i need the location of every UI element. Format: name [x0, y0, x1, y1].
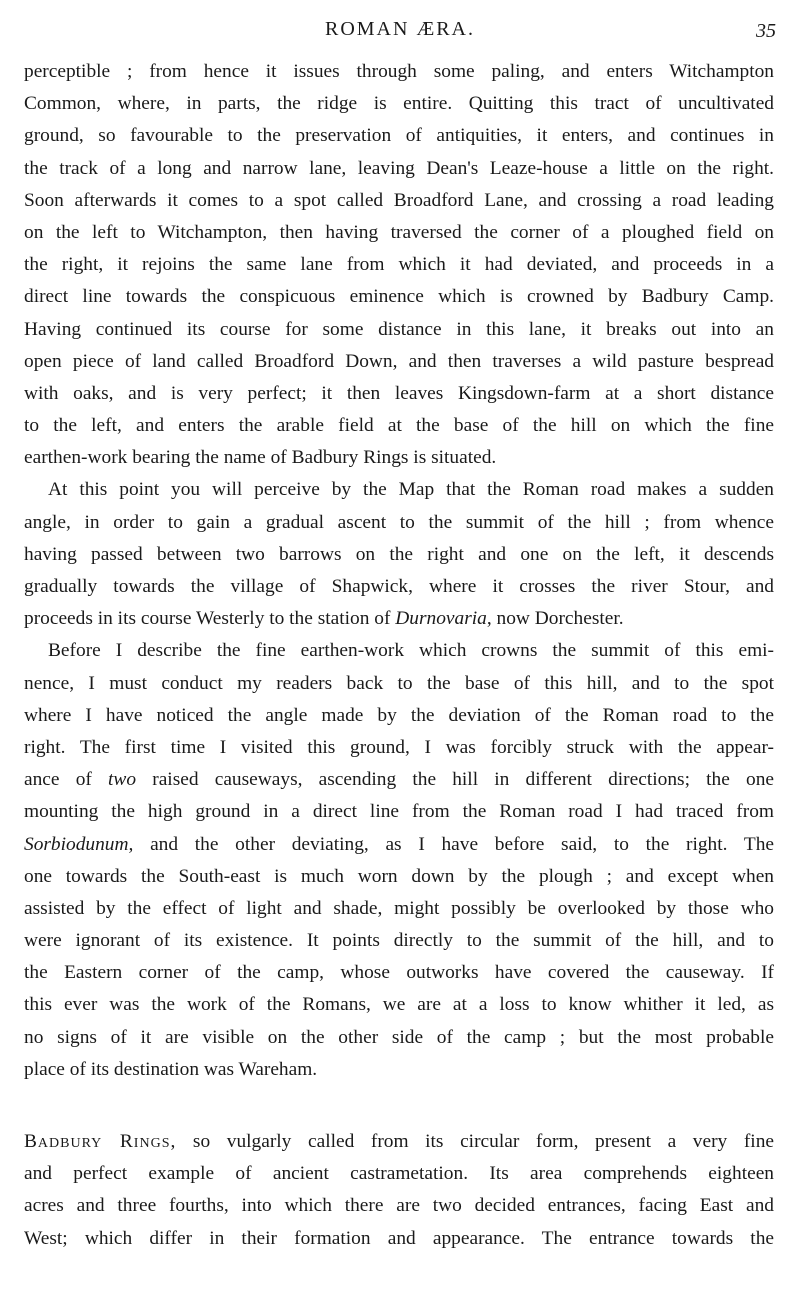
text-line: the Eastern corner of the camp, whose ou… [24, 957, 774, 989]
text-line: Badbury Rings, so vulgarly called from i… [24, 1126, 774, 1158]
text-line: Sorbiodunum, and the other deviating, as… [24, 829, 774, 861]
section-gap [24, 1086, 774, 1126]
text-line: and perfect example of ancient castramet… [24, 1158, 774, 1190]
text-line: the track of a long and narrow lane, lea… [24, 153, 774, 185]
text-line: gradually towards the village of Shapwic… [24, 571, 774, 603]
text-line: open piece of land called Broadford Down… [24, 346, 774, 378]
page-header: ROMAN ÆRA. 35 [24, 18, 776, 48]
text-line: to the left, and enters the arable field… [24, 410, 774, 442]
text-line: Before I describe the fine earthen-work … [24, 635, 774, 667]
text-line: this ever was the work of the Romans, we… [24, 989, 774, 1021]
text-line: Having continued its course for some dis… [24, 314, 774, 346]
text-line: place of its destination was Wareham. [24, 1054, 774, 1086]
document-page: ROMAN ÆRA. 35 perceptible ; from hence i… [0, 0, 800, 1292]
text-line: West; which differ in their formation an… [24, 1223, 774, 1255]
text-line: Soon afterwards it comes to a spot calle… [24, 185, 774, 217]
paragraph-4: Badbury Rings, so vulgarly called from i… [24, 1126, 774, 1255]
text-line: earthen-work bearing the name of Badbury… [24, 442, 774, 474]
place-name-italic: Sorbiodunum, [24, 834, 133, 855]
text-line: with oaks, and is very perfect; it then … [24, 378, 774, 410]
text-line: mounting the high ground in a direct lin… [24, 796, 774, 828]
text-line: on the left to Witchampton, then having … [24, 217, 774, 249]
page-number: 35 [756, 20, 776, 43]
text-line: one towards the South-east is much worn … [24, 861, 774, 893]
text-line: having passed between two barrows on the… [24, 539, 774, 571]
text-line: where I have noticed the angle made by t… [24, 700, 774, 732]
text-line: no signs of it are visible on the other … [24, 1022, 774, 1054]
paragraph-2: At this point you will perceive by the M… [24, 474, 774, 635]
text-line: ance of two raised causeways, ascending … [24, 764, 774, 796]
text-line: nence, I must conduct my readers back to… [24, 668, 774, 700]
text-line: At this point you will perceive by the M… [24, 474, 774, 506]
text-line: direct line towards the conspicuous emin… [24, 281, 774, 313]
text-line: the right, it rejoins the same lane from… [24, 249, 774, 281]
text-line: angle, in order to gain a gradual ascent… [24, 507, 774, 539]
text-line: Common, where, in parts, the ridge is en… [24, 88, 774, 120]
text-line: proceeds in its course Westerly to the s… [24, 603, 774, 635]
text-line: right. The first time I visited this gro… [24, 732, 774, 764]
text-line: assisted by the effect of light and shad… [24, 893, 774, 925]
running-head: ROMAN ÆRA. [24, 18, 776, 41]
place-name-italic: Durnovaria [395, 608, 487, 629]
section-heading-small-caps: Badbury Rings, [24, 1131, 176, 1152]
paragraph-3: Before I describe the fine earthen-work … [24, 635, 774, 1086]
text-line: perceptible ; from hence it issues throu… [24, 56, 774, 88]
paragraph-1: perceptible ; from hence it issues throu… [24, 56, 774, 474]
body-text: perceptible ; from hence it issues throu… [24, 56, 774, 1255]
emphasis-italic: two [108, 769, 136, 790]
text-line: acres and three fourths, into which ther… [24, 1190, 774, 1222]
text-line: ground, so favourable to the preservatio… [24, 120, 774, 152]
text-line: were ignorant of its existence. It point… [24, 925, 774, 957]
